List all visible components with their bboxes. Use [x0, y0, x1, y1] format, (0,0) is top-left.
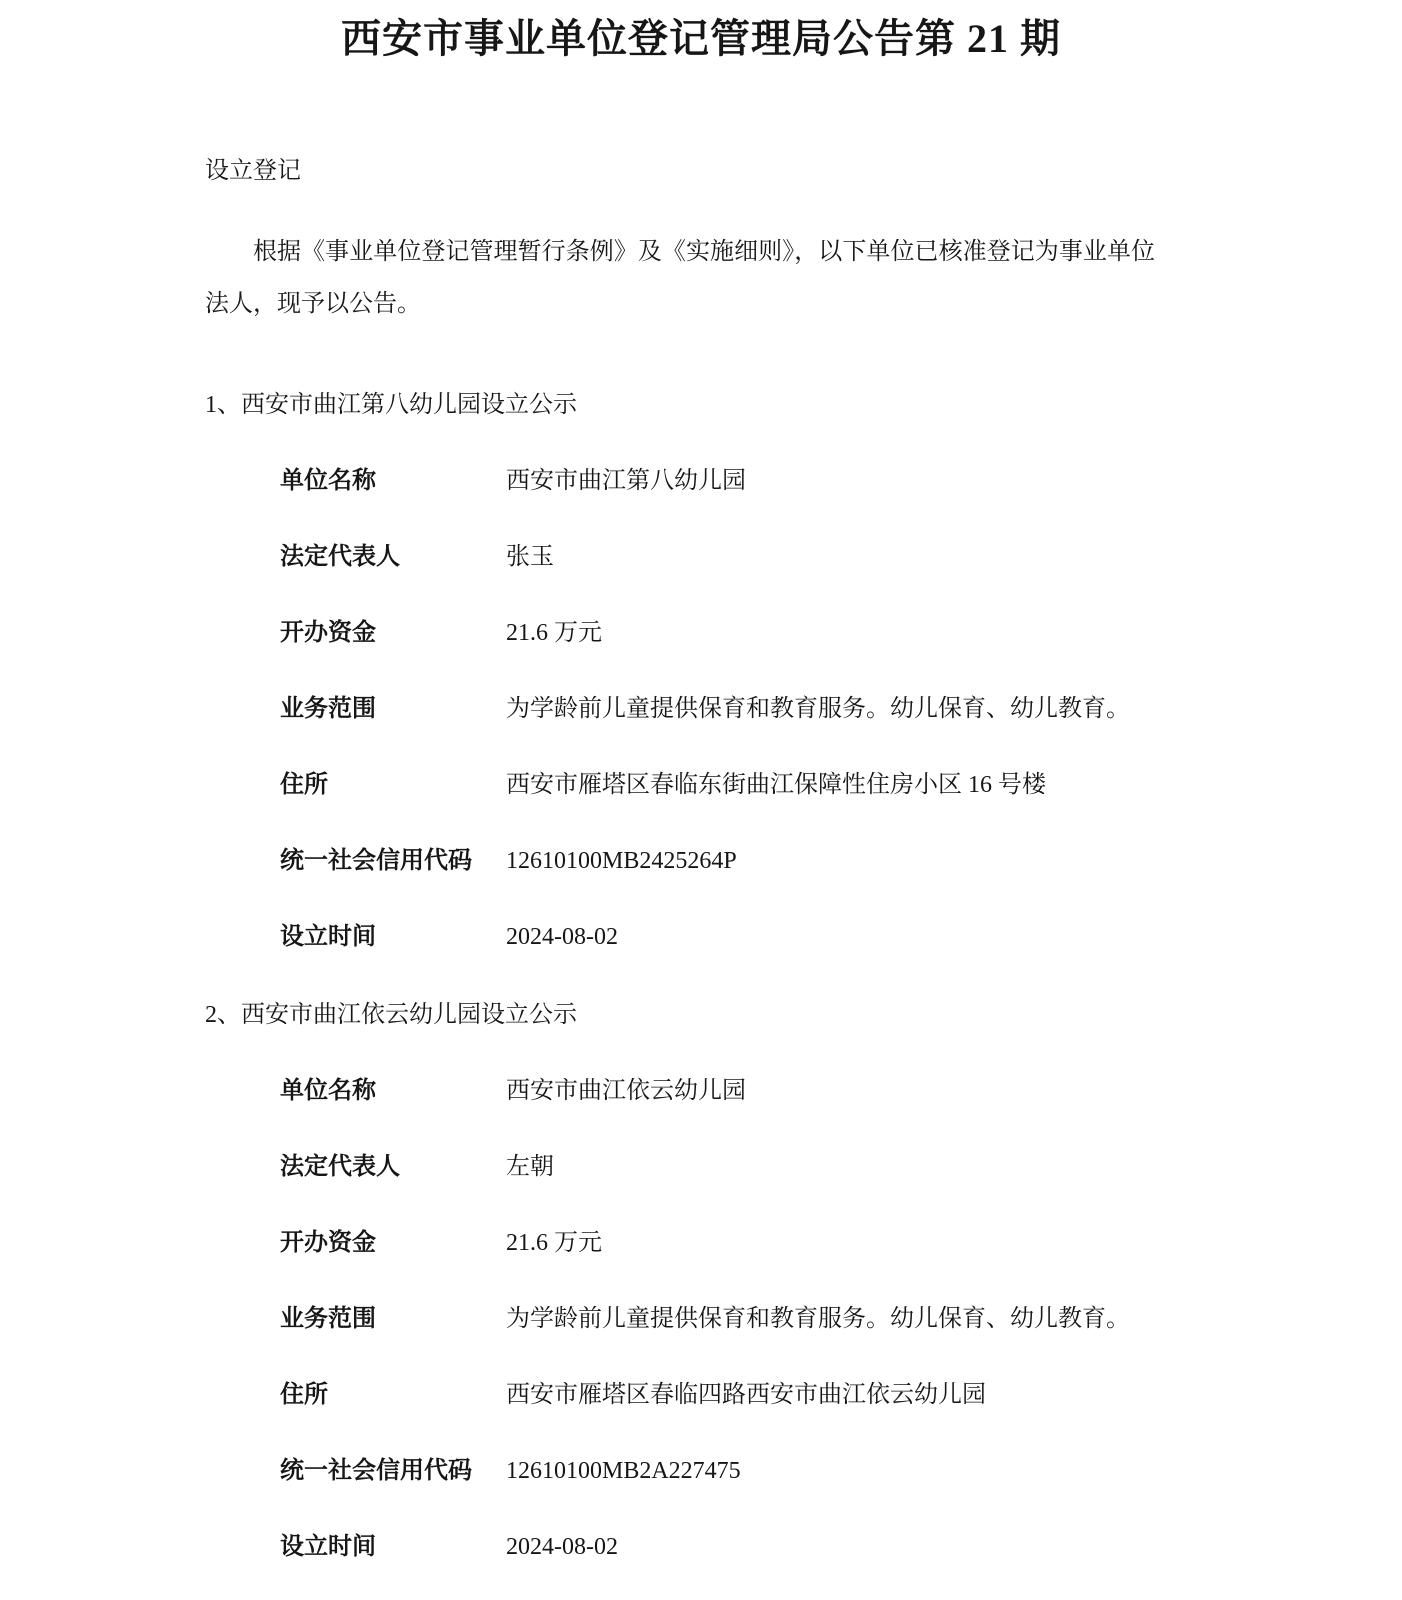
field-value: 张玉 [506, 542, 1362, 572]
field-label: 开办资金 [280, 1228, 506, 1258]
field-label: 业务范围 [280, 694, 506, 724]
field-row-credit-code: 统一社会信用代码 12610100MB2A227475 [280, 1456, 1362, 1486]
field-value: 西安市曲江第八幼儿园 [506, 466, 1362, 496]
announcement-page: 西安市事业单位登记管理局公告第 21 期 设立登记 根据《事业单位登记管理暂行条… [0, 0, 1402, 1600]
page-title: 西安市事业单位登记管理局公告第 21 期 [0, 0, 1402, 68]
field-row-business-scope: 业务范围 为学龄前儿童提供保育和教育服务。幼儿保育、幼儿教育。 [280, 694, 1362, 724]
field-row-unit-name: 单位名称 西安市曲江第八幼儿园 [280, 466, 1362, 496]
field-label: 统一社会信用代码 [280, 1456, 506, 1486]
field-value: 西安市曲江依云幼儿园 [506, 1076, 1362, 1106]
field-value: 21.6 万元 [506, 618, 1362, 648]
field-value: 为学龄前儿童提供保育和教育服务。幼儿保育、幼儿教育。 [506, 1304, 1362, 1334]
field-label: 单位名称 [280, 466, 506, 496]
intro-paragraph: 根据《事业单位登记管理暂行条例》及《实施细则》，以下单位已核准登记为事业单位法人… [205, 226, 1155, 330]
field-label: 法定代表人 [280, 1152, 506, 1182]
field-value: 为学龄前儿童提供保育和教育服务。幼儿保育、幼儿教育。 [506, 694, 1362, 724]
notice-heading: 2、西安市曲江依云幼儿园设立公示 [205, 1000, 1402, 1030]
registration-type-heading: 设立登记 [205, 156, 1402, 186]
notice-section-1: 1、西安市曲江第八幼儿园设立公示 单位名称 西安市曲江第八幼儿园 法定代表人 张… [0, 390, 1402, 952]
field-label: 开办资金 [280, 618, 506, 648]
field-value: 西安市雁塔区春临四路西安市曲江依云幼儿园 [506, 1380, 1362, 1410]
field-label: 单位名称 [280, 1076, 506, 1106]
field-label: 设立时间 [280, 1532, 506, 1562]
field-row-legal-representative: 法定代表人 左朝 [280, 1152, 1362, 1182]
field-row-establish-date: 设立时间 2024-08-02 [280, 1532, 1362, 1562]
field-row-credit-code: 统一社会信用代码 12610100MB2425264P [280, 846, 1362, 876]
field-label: 统一社会信用代码 [280, 846, 506, 876]
notice-section-2: 2、西安市曲江依云幼儿园设立公示 单位名称 西安市曲江依云幼儿园 法定代表人 左… [0, 1000, 1402, 1562]
field-label: 法定代表人 [280, 542, 506, 572]
field-row-address: 住所 西安市雁塔区春临四路西安市曲江依云幼儿园 [280, 1380, 1362, 1410]
field-row-address: 住所 西安市雁塔区春临东街曲江保障性住房小区 16 号楼 [280, 770, 1362, 800]
field-label: 设立时间 [280, 922, 506, 952]
field-value: 2024-08-02 [506, 1532, 1362, 1562]
field-row-business-scope: 业务范围 为学龄前儿童提供保育和教育服务。幼儿保育、幼儿教育。 [280, 1304, 1362, 1334]
field-label: 住所 [280, 770, 506, 800]
field-row-opening-capital: 开办资金 21.6 万元 [280, 618, 1362, 648]
field-row-unit-name: 单位名称 西安市曲江依云幼儿园 [280, 1076, 1362, 1106]
field-value: 21.6 万元 [506, 1228, 1362, 1258]
field-label: 住所 [280, 1380, 506, 1410]
field-value: 左朝 [506, 1152, 1362, 1182]
field-label: 业务范围 [280, 1304, 506, 1334]
field-row-legal-representative: 法定代表人 张玉 [280, 542, 1362, 572]
field-value: 12610100MB2A227475 [506, 1456, 1362, 1486]
field-value: 2024-08-02 [506, 922, 1362, 952]
field-value: 西安市雁塔区春临东街曲江保障性住房小区 16 号楼 [506, 770, 1362, 800]
field-value: 12610100MB2425264P [506, 846, 1362, 876]
notice-heading: 1、西安市曲江第八幼儿园设立公示 [205, 390, 1402, 420]
field-row-establish-date: 设立时间 2024-08-02 [280, 922, 1362, 952]
field-row-opening-capital: 开办资金 21.6 万元 [280, 1228, 1362, 1258]
